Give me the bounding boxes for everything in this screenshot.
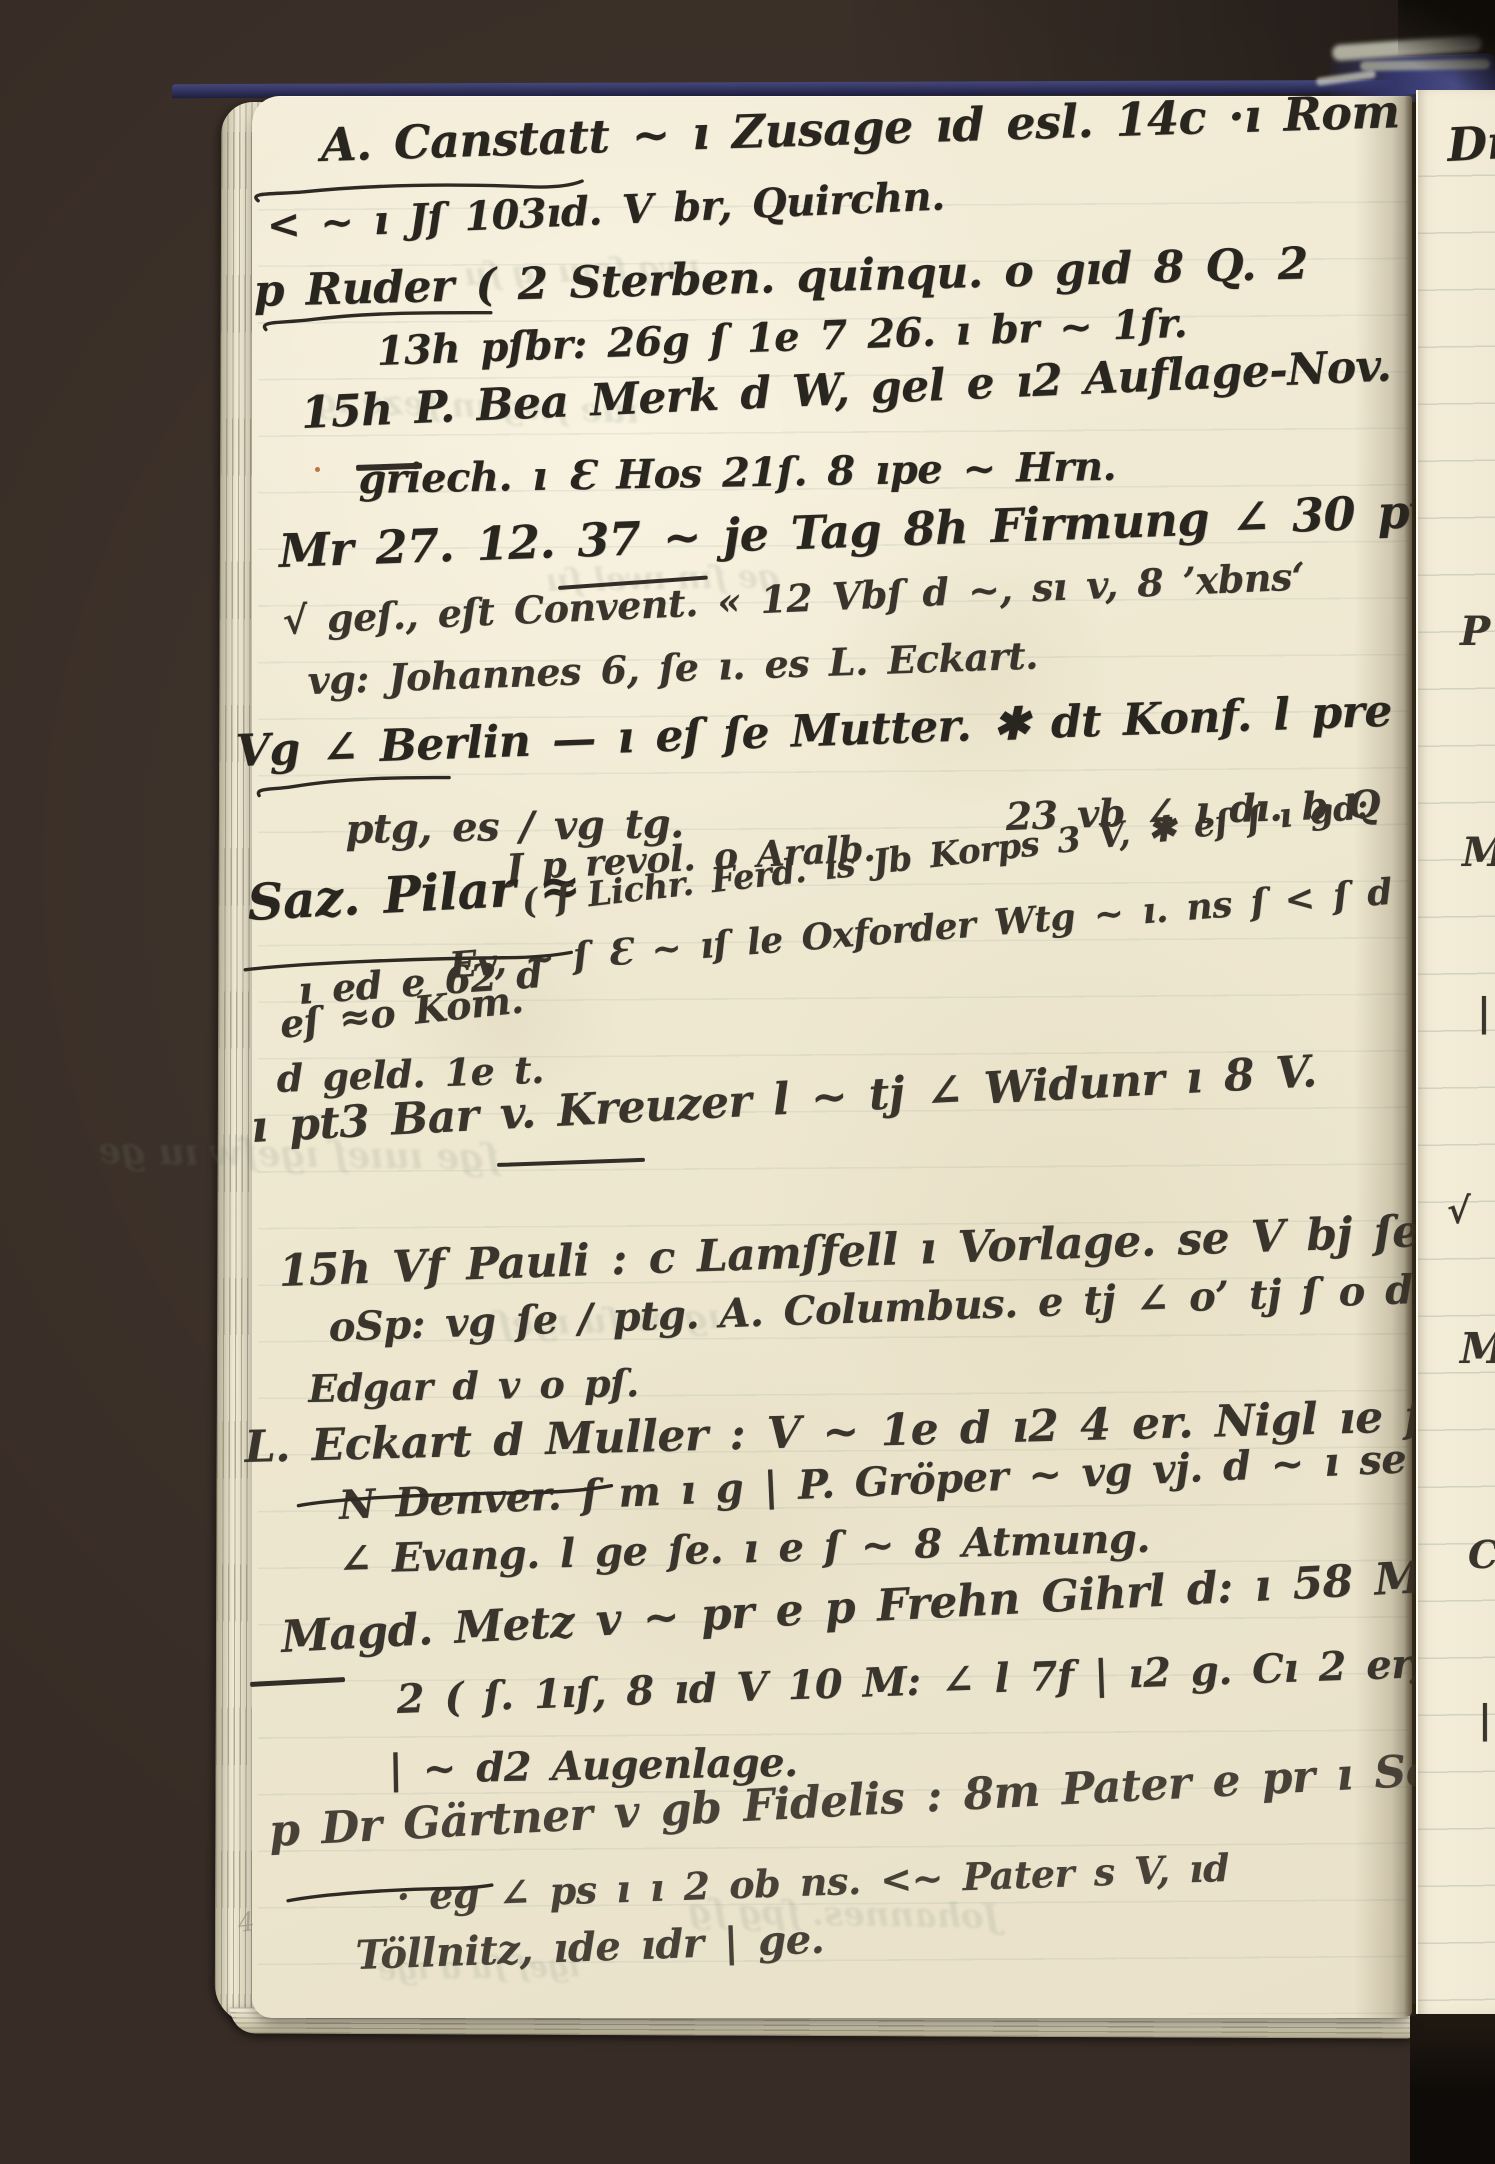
next-page-text-fragment: | bbox=[1478, 1700, 1491, 1738]
next-page-text-fragment: M bbox=[1462, 833, 1495, 873]
notebook-scan: { "document_type": "Scanned handwritten … bbox=[0, 0, 1495, 2164]
shadow-top-right-corner bbox=[1398, 0, 1495, 92]
ink-fleck bbox=[315, 467, 320, 472]
gutter-crease bbox=[1404, 94, 1416, 2016]
next-page-text-fragment: Co bbox=[1468, 1536, 1495, 1574]
pencil-mark: 4 bbox=[236, 1907, 257, 1939]
next-page-text-fragment: | bbox=[1477, 993, 1490, 1031]
line-edgar: Edgar d v o pſ. bbox=[308, 1364, 639, 1408]
next-page-text-fragment: M bbox=[1460, 1328, 1495, 1370]
next-page-text-fragment: P bbox=[1460, 612, 1490, 652]
shadow-bottom-right bbox=[1410, 2004, 1495, 2164]
next-page-text-fragment: Dı bbox=[1446, 119, 1495, 168]
next-page-text-fragment: √ bbox=[1447, 1193, 1470, 1229]
